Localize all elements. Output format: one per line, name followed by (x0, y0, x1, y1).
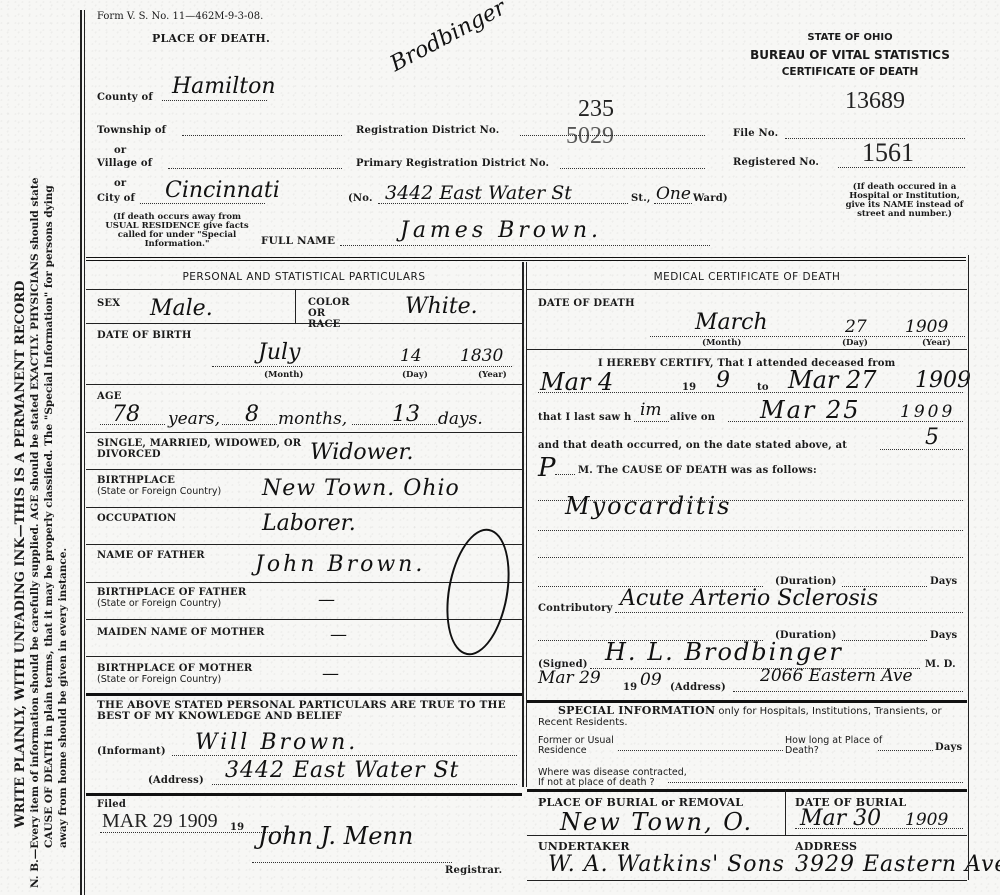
section-divider (86, 793, 522, 796)
form-number: Form V. S. No. 11—462M-9-3-08. (97, 11, 263, 22)
township-line (182, 135, 342, 136)
mother-value: — (330, 625, 347, 645)
file-number: 13689 (845, 88, 905, 115)
occupation-label: OCCUPATION (97, 513, 176, 524)
section-divider (527, 700, 967, 703)
duration-line-2b (842, 640, 927, 641)
to-label: to (757, 382, 769, 393)
margin-rule (84, 10, 85, 895)
signed-date: Mar 29 (538, 668, 601, 688)
ward-label: Ward) (693, 193, 728, 204)
dod-day-caption: (Day) (842, 338, 868, 348)
column-divider-inner (526, 262, 527, 787)
attestation-text: THE ABOVE STATED PERSONAL PARTICULARS AR… (97, 700, 517, 722)
city-label: City of (97, 193, 135, 204)
township-label: Township of (97, 125, 166, 136)
mother-birthplace-sub: (State or Foreign Country) (97, 674, 221, 685)
burial-place-value: New Town, O. (560, 808, 753, 836)
pronoun-line (634, 421, 669, 422)
how-long-label: How long at Place of Death? (785, 736, 905, 756)
informant-value: Will Brown. (195, 730, 358, 755)
dod-month-caption: (Month) (702, 338, 741, 348)
dob-month: July (258, 340, 300, 365)
former-residence-line (618, 750, 783, 751)
marital-value: Widower. (310, 440, 414, 465)
registered-no-label: Registered No. (733, 157, 819, 168)
age-years: 78 (112, 402, 140, 427)
cause-line-2 (538, 530, 963, 531)
row-divider (86, 656, 522, 657)
contributory-value: Acute Arterio Sclerosis (620, 586, 878, 611)
primary-reg-line (560, 168, 705, 169)
special-info-heading: SPECIAL INFORMATION only for Hospitals, … (538, 705, 963, 728)
dob-line (212, 366, 512, 367)
former-residence-label: Former or Usual Residence (538, 736, 628, 756)
signed-year-prefix: 19 (623, 682, 637, 693)
ward-value: One (656, 184, 691, 204)
header-divider (86, 257, 966, 261)
left-margin: WRITE PLAINLY, WITH UNFADING INK—THIS IS… (0, 0, 84, 895)
primary-district-number: 5029 (566, 123, 614, 150)
right-border (968, 255, 969, 880)
contracted-line (668, 782, 963, 783)
signed-year: 09 (640, 670, 662, 690)
row-divider (527, 289, 967, 290)
file-no-label: File No. (733, 128, 778, 139)
reg-district-label: Registration District No. (356, 125, 499, 136)
color-label: COLOR OR RACE (308, 297, 358, 330)
how-long-days: Days (935, 742, 962, 753)
birthplace-value: New Town. Ohio (262, 476, 460, 501)
from-year: 9 (716, 368, 730, 393)
street-no-label: (No. (348, 193, 373, 204)
full-name-line (340, 245, 710, 246)
registrar-line (252, 862, 452, 863)
margin-line-2: N. B.—Every item of information should b… (28, 8, 42, 888)
primary-reg-label: Primary Registration District No. (356, 158, 549, 169)
row-divider (86, 289, 522, 290)
physician-address-line (733, 691, 963, 692)
cause-line-3 (538, 557, 963, 558)
personal-section-title: PERSONAL AND STATISTICAL PARTICULARS (86, 271, 522, 283)
age-days: 13 (392, 402, 420, 427)
city-value: Cincinnati (165, 178, 280, 203)
age-days-label: days. (438, 409, 483, 429)
father-label: NAME OF FATHER (97, 550, 205, 561)
informant-line (172, 755, 517, 756)
father-birthplace-value: — (318, 590, 335, 610)
informant-address-label: (Address) (148, 775, 204, 786)
attended-from: Mar 4 (540, 368, 613, 396)
hospital-note: (If death occured in a Hospital or Insti… (842, 183, 967, 219)
county-value: Hamilton (172, 74, 276, 99)
mother-label: MAIDEN NAME OF MOTHER (97, 627, 265, 638)
margin-note-signature: Brodbinger (386, 0, 510, 77)
bureau-title: BUREAU OF VITAL STATISTICS (715, 48, 985, 62)
registration-district-number: 235 (578, 96, 614, 123)
last-saw-label: that I last saw h (538, 412, 632, 423)
street-value: 3442 East Water St (385, 182, 572, 204)
county-line (162, 100, 267, 101)
physician-address-label: (Address) (670, 682, 726, 693)
medical-section-title: MEDICAL CERTIFICATE OF DEATH (527, 271, 967, 283)
occurred-label: and that death occurred, on the date sta… (538, 440, 847, 451)
informant-address-value: 3442 East Water St (225, 758, 459, 783)
dob-day: 14 (400, 346, 422, 366)
dob-month-caption: (Month) (264, 370, 303, 380)
informant-address-line (212, 784, 517, 785)
row-divider (86, 544, 522, 545)
to-year: 1909 (915, 368, 971, 393)
time-line (880, 449, 963, 450)
margin-line-1: WRITE PLAINLY, WITH UNFADING INK—THIS IS… (14, 8, 28, 888)
sex-race-divider (295, 290, 296, 323)
ampm-line (555, 474, 575, 475)
dod-month: March (695, 310, 768, 335)
village-line (168, 168, 342, 169)
birthplace-label: BIRTHPLACE (97, 475, 175, 486)
occupation-value: Laborer. (262, 511, 356, 536)
age-years-label: years, (168, 409, 220, 429)
margin-line-3: CAUSE OF DEATH in plain terms, that it m… (42, 8, 56, 888)
undertaker-address-value: 3929 Eastern Ave (795, 852, 1000, 877)
margin-instructions: WRITE PLAINLY, WITH UNFADING INK—THIS IS… (14, 8, 70, 888)
place-of-death-title: PLACE OF DEATH. (152, 32, 270, 45)
county-label: County of (97, 92, 153, 103)
or-2: or (114, 178, 126, 189)
age-label: AGE (97, 391, 122, 402)
md-label: M. D. (925, 659, 956, 670)
mother-birthplace-value: — (322, 664, 339, 684)
filed-label: Filed (97, 799, 126, 810)
full-name-value: James Brown. (400, 218, 602, 243)
certificate-title: CERTIFICATE OF DEATH (720, 66, 980, 78)
age-months: 8 (245, 402, 259, 427)
burial-divider (785, 790, 786, 835)
physician-signature: H. L. Brodbinger (605, 638, 843, 666)
full-name-label: FULL NAME (261, 235, 335, 247)
dod-label: DATE OF DEATH (538, 298, 635, 309)
registrar-label: Registrar. (445, 865, 502, 876)
special-info-title: SPECIAL INFORMATION (538, 704, 715, 717)
row-divider (86, 323, 522, 324)
cause-label: M. The CAUSE OF DEATH was as follows: (578, 465, 817, 476)
dob-year-caption: (Year) (478, 370, 507, 380)
registrar-signature: John J. Menn (258, 822, 413, 850)
color-value: White. (405, 294, 478, 319)
row-divider (527, 835, 967, 836)
burial-date-value: Mar 30 (800, 806, 881, 831)
dob-label: DATE OF BIRTH (97, 330, 191, 341)
contributory-line (615, 612, 963, 613)
or-1: or (114, 145, 126, 156)
undertaker-value: W. A. Watkins' Sons (548, 852, 785, 877)
how-long-line (878, 750, 933, 751)
time-value: 5 (925, 425, 939, 450)
dob-year: 1830 (460, 346, 503, 366)
ampm-value: P (538, 453, 556, 483)
attended-to: Mar 27 (788, 366, 877, 394)
registered-number: 1561 (862, 138, 914, 168)
dod-day: 27 (845, 317, 867, 337)
mother-birthplace-label: BIRTHPLACE OF MOTHER (97, 663, 252, 674)
row-divider (86, 432, 522, 433)
age-months-label: months, (278, 409, 347, 429)
section-divider (86, 693, 522, 696)
from-year-prefix: 19 (682, 382, 696, 393)
column-divider (522, 262, 524, 787)
burial-date-year: 1909 (905, 810, 948, 830)
sex-label: SEX (97, 298, 120, 309)
last-saw-year: 1909 (900, 402, 955, 422)
contracted-label: Where was disease contracted, If not at … (538, 768, 688, 788)
last-saw-pronoun: im (640, 400, 662, 420)
sex-value: Male. (150, 296, 213, 321)
dod-year: 1909 (905, 317, 948, 337)
filed-stamp: MAR 29 1909 (102, 810, 218, 833)
contributory-label: Contributory (538, 603, 613, 614)
cause-value: Myocarditis (565, 492, 731, 520)
physician-address-value: 2066 Eastern Ave (760, 666, 913, 686)
birthplace-sub: (State or Foreign Country) (97, 486, 221, 497)
father-value: John Brown. (255, 552, 425, 577)
informant-label: (Informant) (97, 746, 166, 757)
dod-year-caption: (Year) (922, 338, 951, 348)
margin-rule (80, 10, 82, 895)
dob-day-caption: (Day) (402, 370, 428, 380)
away-note: (If death occurs away from USUAL RESIDEN… (97, 213, 257, 249)
days-label-1: Days (930, 576, 957, 587)
village-label: Village of (97, 158, 152, 169)
st-label: St., (631, 193, 651, 204)
last-saw-date: Mar 25 (760, 396, 861, 424)
row-divider (86, 384, 522, 385)
alive-on-label: alive on (670, 412, 715, 423)
row-divider (527, 349, 967, 350)
marital-label: SINGLE, MARRIED, WIDOWED, OR DIVORCED (97, 438, 307, 460)
state-title: STATE OF OHIO (720, 32, 980, 43)
death-certificate: WRITE PLAINLY, WITH UNFADING INK—THIS IS… (0, 0, 1000, 895)
father-birthplace-label: BIRTHPLACE OF FATHER (97, 587, 246, 598)
margin-line-4: away from home should be given in every … (56, 8, 70, 888)
row-divider (86, 469, 522, 470)
bottom-rule (527, 880, 967, 881)
father-birthplace-sub: (State or Foreign Country) (97, 598, 221, 609)
city-line (140, 203, 265, 204)
days-label-2: Days (930, 630, 957, 641)
row-divider (86, 507, 522, 508)
section-divider (527, 789, 967, 792)
